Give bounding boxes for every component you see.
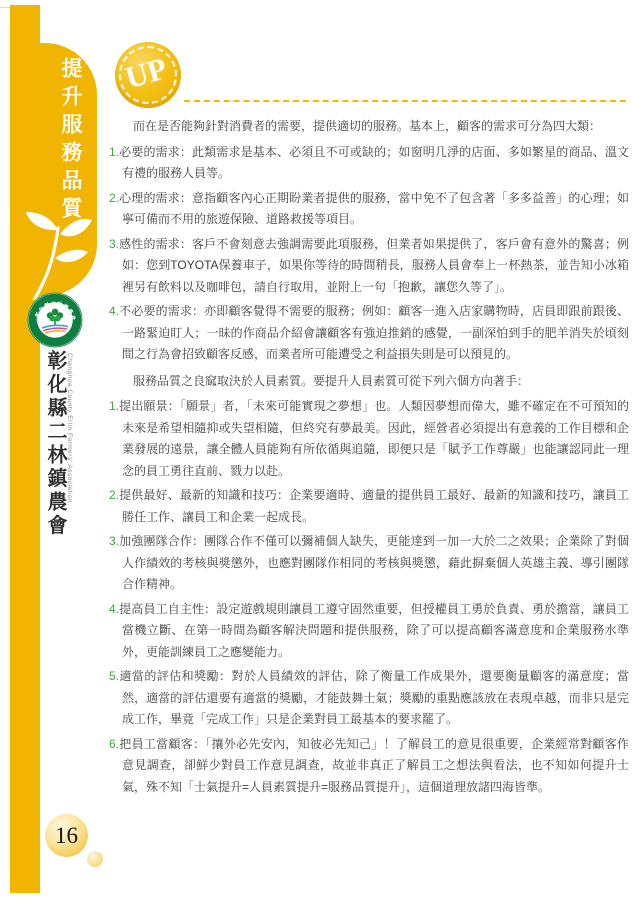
list-item-text: 把員工當顧客：「攘外必先安內，知彼必先知己」！了解員工的意見很重要，企業經常對顧… (119, 737, 629, 794)
list-number: 1. (109, 145, 119, 159)
page-number: 16 (55, 823, 78, 849)
list-number: 2. (109, 488, 119, 502)
org-name-english-vertical: Changhua County Erlin Farmers' Associati… (66, 353, 73, 503)
list2-item-5: 5.適當的評估和獎勵：對於人員績效的評估，除了衡量工作成果外，還要衡量顧客的滿意… (109, 666, 629, 731)
list1-item-2: 2.心理的需求：意指顧客內心正期盼業者提供的服務，當中免不了包含著「多多益善」的… (109, 188, 629, 231)
list1-item-3: 3.感性的需求：客戶不會刻意去強調需要此項服務，但業者如果提供了，客戶會有意外的… (109, 234, 629, 299)
list-item-text: 必要的需求：此類需求是基本、必須且不可或缺的；如窗明几淨的店面、多如繁星的商品、… (119, 145, 629, 181)
list2-item-2: 2.提供最好、最新的知識和技巧：企業要適時、適量的提供員工最好、最新的知識和技巧… (109, 485, 629, 528)
sidebar-title: 提升服務品質 (55, 57, 85, 225)
list-item-text: 提出願景：「願景」者，「未來可能實現之夢想」也。人類因夢想而偉大，雖不確定在不可… (119, 399, 629, 478)
dashed-divider-line (184, 100, 626, 102)
list-number: 4. (109, 602, 119, 616)
list-number: 3. (109, 237, 119, 251)
leaf-branch-icon (20, 212, 94, 300)
list-item-text: 感性的需求：客戶不會刻意去強調需要此項服務，但業者如果提供了，客戶會有意外的驚喜… (119, 237, 629, 294)
page-number-dot (87, 851, 103, 867)
list-item-text: 不必要的需求：亦即顧客覺得不需要的服務；例如：顧客一進入店家購物時，店員即跟前跟… (119, 304, 629, 361)
list-number: 3. (109, 534, 119, 548)
list1-item-4: 4.不必要的需求：亦即顧客覺得不需要的服務；例如：顧客一進入店家購物時，店員即跟… (109, 301, 629, 366)
list2-item-4: 4.提高員工自主性：設定遊戲規則讓員工遵守固然重要，但授權員工勇於負責、勇於擔當… (109, 599, 629, 664)
list1-item-1: 1.必要的需求：此類需求是基本、必須且不可或缺的；如窗明几淨的店面、多如繁星的商… (109, 142, 629, 185)
up-badge: UP (115, 42, 181, 108)
list-item-text: 適當的評估和獎勵：對於人員績效的評估，除了衡量工作成果外，還要衡量顧客的滿意度；… (119, 669, 629, 726)
article-body: 而在是否能夠針對消費者的需要，提供適切的服務。基本上，顧客的需求可分為四大類： … (109, 116, 629, 801)
list2-item-3: 3.加強團隊合作：團隊合作不僅可以彌補個人缺失，更能達到一加一大於二之效果；企業… (109, 531, 629, 596)
page-number-badge: 16 (45, 814, 88, 857)
list-item-text: 加強團隊合作：團隊合作不僅可以彌補個人缺失，更能達到一加一大於二之效果；企業除了… (119, 534, 629, 591)
list-number: 5. (109, 669, 119, 683)
list-item-text: 心理的需求：意指顧客內心正期盼業者提供的服務，當中免不了包含著「多多益善」的心理… (119, 191, 629, 227)
list-number: 2. (109, 191, 119, 205)
list-number: 1. (109, 399, 119, 413)
intro-paragraph-2: 服務品質之良窳取決於人員素質。要提升人員素質可從下列六個方向著手： (109, 371, 629, 393)
intro-paragraph-1: 而在是否能夠針對消費者的需要，提供適切的服務。基本上，顧客的需求可分為四大類： (109, 116, 629, 138)
list-item-text: 提供最好、最新的知識和技巧：企業要適時、適量的提供員工最好、最新的知識和技巧，讓… (119, 488, 629, 524)
list-item-text: 提高員工自主性：設定遊戲規則讓員工遵守固然重要，但授權員工勇於負責、勇於擔當，讓… (119, 602, 629, 659)
list-number: 6. (109, 737, 119, 751)
list2-item-6: 6.把員工當顧客：「攘外必先安內，知彼必先知己」！了解員工的意見很重要，企業經常… (109, 734, 629, 799)
list-number: 4. (109, 304, 119, 318)
farmers-association-logo: 彰化縣二林鎮農會 Changhua County Erlin Farmers' … (27, 292, 83, 348)
list2-item-1: 1.提出願景：「願景」者，「未來可能實現之夢想」也。人類因夢想而偉大，雖不確定在… (109, 396, 629, 482)
